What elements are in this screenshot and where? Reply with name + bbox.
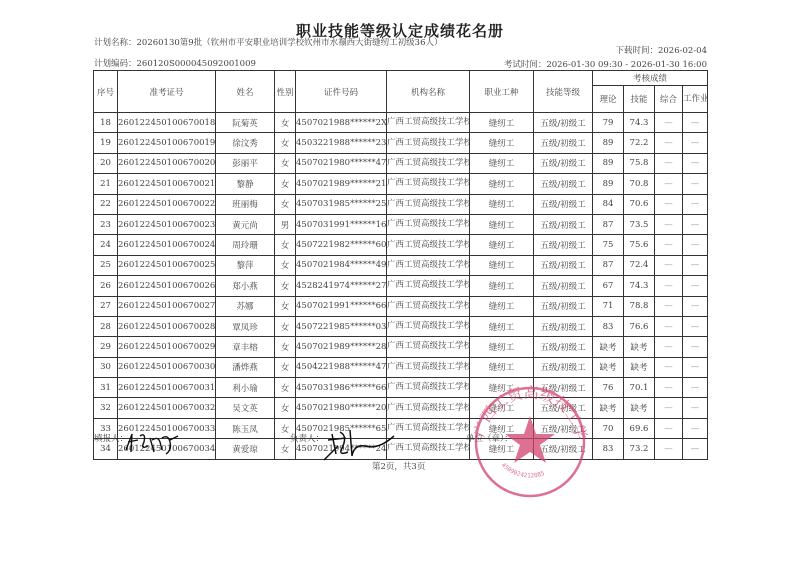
cell-name: 阮菊英 <box>216 113 275 133</box>
table-row: 26260122450100670026郑小燕女4528241974******… <box>94 276 708 296</box>
cell-theory: 76 <box>593 378 624 398</box>
cell-gender: 女 <box>275 194 296 214</box>
cell-seq: 29 <box>94 337 118 357</box>
cell-work: — <box>683 174 708 194</box>
cell-org: 广西工贸高级技工学校 <box>387 194 470 214</box>
cell-skill: 70.6 <box>624 194 655 214</box>
cell-seq: 26 <box>94 276 118 296</box>
table-row: 29260122450100670029章丰榕女4507021989******… <box>94 337 708 357</box>
download-time: 下载时间：2026-02-04 <box>615 46 707 56</box>
filler-signature <box>122 428 182 462</box>
cell-id: 4503221988******23 <box>296 133 387 153</box>
cell-occupation: 缝纫工 <box>470 153 534 173</box>
cell-level: 五级/初级工 <box>534 255 593 275</box>
cell-name: 周玲珊 <box>216 235 275 255</box>
cell-occupation: 缝纫工 <box>470 296 534 316</box>
cell-id: 4528241974******27 <box>296 276 387 296</box>
cell-work: — <box>683 133 708 153</box>
header-theory: 理论 <box>593 86 624 113</box>
cell-id: 4507021984******49 <box>296 255 387 275</box>
cell-skill: 78.8 <box>624 296 655 316</box>
cell-theory: 70 <box>593 418 624 438</box>
cell-theory: 89 <box>593 174 624 194</box>
cell-id: 4507021988******2X <box>296 113 387 133</box>
cell-theory: 79 <box>593 113 624 133</box>
cell-ticket: 260122450100670019 <box>118 133 216 153</box>
cell-level: 五级/初级工 <box>534 174 593 194</box>
cell-ticket: 260122450100670020 <box>118 153 216 173</box>
cell-level: 五级/初级工 <box>534 235 593 255</box>
cell-seq: 23 <box>94 214 118 234</box>
cell-name: 覃凤珍 <box>216 316 275 336</box>
cell-skill: 75.8 <box>624 153 655 173</box>
cell-overall: — <box>655 235 683 255</box>
cell-gender: 女 <box>275 316 296 336</box>
cell-seq: 28 <box>94 316 118 336</box>
cell-theory: 71 <box>593 296 624 316</box>
table-row: 30260122450100670030潘烨燕女4504221988******… <box>94 357 708 377</box>
cell-id: 4507021989******28 <box>296 337 387 357</box>
table-row: 25260122450100670025黎萍女4507021984******4… <box>94 255 708 275</box>
cell-name: 黎萍 <box>216 255 275 275</box>
cell-occupation: 缝纫工 <box>470 133 534 153</box>
cell-skill: 70.8 <box>624 174 655 194</box>
cell-id: 4507031985******25 <box>296 194 387 214</box>
cell-theory: 89 <box>593 153 624 173</box>
cell-name: 黄元尚 <box>216 214 275 234</box>
page-info: 第2页，共3页 <box>372 460 425 472</box>
cell-seq: 19 <box>94 133 118 153</box>
cell-theory: 87 <box>593 214 624 234</box>
cell-overall: — <box>655 357 683 377</box>
cell-ticket: 260122450100670021 <box>118 174 216 194</box>
cell-id: 4507031986******66 <box>296 378 387 398</box>
cell-overall: — <box>655 296 683 316</box>
cell-work: — <box>683 418 708 438</box>
cell-skill: 72.4 <box>624 255 655 275</box>
table-row: 22260122450100670022班丽梅女4507031985******… <box>94 194 708 214</box>
cell-org: 广西工贸高级技工学校 <box>387 153 470 173</box>
cell-level: 五级/初级工 <box>534 276 593 296</box>
cell-work: — <box>683 378 708 398</box>
responsible-label: 负责人： <box>290 432 324 444</box>
table-row: 19260122450100670019徐汶秀女4503221988******… <box>94 133 708 153</box>
cell-work: — <box>683 357 708 377</box>
cell-level: 五级/初级工 <box>534 153 593 173</box>
cell-gender: 女 <box>275 398 296 418</box>
table-row: 18260122450100670018阮菊英女4507021988******… <box>94 113 708 133</box>
cell-skill: 72.2 <box>624 133 655 153</box>
cell-skill: 73.2 <box>624 439 655 459</box>
cell-skill: 缺考 <box>624 337 655 357</box>
cell-id: 4507031991******16 <box>296 214 387 234</box>
cell-overall: — <box>655 113 683 133</box>
cell-occupation: 缝纫工 <box>470 113 534 133</box>
cell-gender: 女 <box>275 337 296 357</box>
table-row: 20260122450100670020彭丽平女4507021980******… <box>94 153 708 173</box>
cell-overall: — <box>655 255 683 275</box>
cell-occupation: 缝纫工 <box>470 194 534 214</box>
cell-overall: — <box>655 276 683 296</box>
header-seq: 序号 <box>94 71 118 113</box>
cell-skill: 75.6 <box>624 235 655 255</box>
header-ticket: 准考证号 <box>118 71 216 113</box>
cell-id: 4507021991******66 <box>296 296 387 316</box>
cell-level: 五级/初级工 <box>534 194 593 214</box>
cell-overall: — <box>655 133 683 153</box>
cell-org: 广西工贸高级技工学校 <box>387 255 470 275</box>
cell-seq: 18 <box>94 113 118 133</box>
cell-seq: 24 <box>94 235 118 255</box>
cell-name: 黎静 <box>216 174 275 194</box>
cell-theory: 67 <box>593 276 624 296</box>
header-scores-group: 考核成绩 <box>593 71 708 86</box>
cell-work: — <box>683 296 708 316</box>
cell-work: — <box>683 153 708 173</box>
cell-ticket: 260122450100670029 <box>118 337 216 357</box>
cell-work: — <box>683 194 708 214</box>
cell-overall: — <box>655 194 683 214</box>
cell-work: — <box>683 276 708 296</box>
cell-seq: 25 <box>94 255 118 275</box>
cell-name: 陈玉凤 <box>216 418 275 438</box>
cell-work: — <box>683 214 708 234</box>
cell-gender: 女 <box>275 296 296 316</box>
cell-occupation: 缝纫工 <box>470 357 534 377</box>
exam-time: 考试时间：2026-01-30 09:30 - 2026-01-30 16:00 <box>504 60 707 70</box>
cell-org: 广西工贸高级技工学校 <box>387 174 470 194</box>
cell-gender: 女 <box>275 235 296 255</box>
cell-theory: 89 <box>593 133 624 153</box>
cell-gender: 女 <box>275 113 296 133</box>
cell-ticket: 260122450100670023 <box>118 214 216 234</box>
cell-id: 4504221988******47 <box>296 357 387 377</box>
cell-ticket: 260122450100670026 <box>118 276 216 296</box>
cell-org: 广西工贸高级技工学校 <box>387 296 470 316</box>
cell-skill: 73.5 <box>624 214 655 234</box>
cell-overall: — <box>655 174 683 194</box>
cell-occupation: 缝纫工 <box>470 174 534 194</box>
cell-skill: 74.3 <box>624 276 655 296</box>
cell-org: 广西工贸高级技工学校 <box>387 398 470 418</box>
cell-theory: 87 <box>593 255 624 275</box>
header-level: 技能等级 <box>534 71 593 113</box>
cell-skill: 70.1 <box>624 378 655 398</box>
cell-name: 章丰榕 <box>216 337 275 357</box>
cell-theory: 75 <box>593 235 624 255</box>
header-org: 机构名称 <box>387 71 470 113</box>
cell-seq: 21 <box>94 174 118 194</box>
table-row: 24260122450100670024周玲珊女4507221982******… <box>94 235 708 255</box>
cell-seq: 20 <box>94 153 118 173</box>
cell-work: — <box>683 235 708 255</box>
cell-occupation: 缝纫工 <box>470 316 534 336</box>
cell-id: 4507021989******21 <box>296 174 387 194</box>
cell-seq: 30 <box>94 357 118 377</box>
cell-theory: 83 <box>593 316 624 336</box>
cell-occupation: 缝纫工 <box>470 337 534 357</box>
cell-theory: 84 <box>593 194 624 214</box>
cell-id: 4507221982******60 <box>296 235 387 255</box>
cell-name: 彭丽平 <box>216 153 275 173</box>
cell-name: 利小瑜 <box>216 378 275 398</box>
cell-work: — <box>683 337 708 357</box>
cell-org: 广西工贸高级技工学校 <box>387 378 470 398</box>
cell-level: 五级/初级工 <box>534 357 593 377</box>
cell-gender: 女 <box>275 357 296 377</box>
cell-work: — <box>683 255 708 275</box>
cell-ticket: 260122450100670022 <box>118 194 216 214</box>
header-id: 证件号码 <box>296 71 387 113</box>
cell-overall: — <box>655 337 683 357</box>
cell-name: 班丽梅 <box>216 194 275 214</box>
cell-org: 广西工贸高级技工学校 <box>387 337 470 357</box>
table-row: 31260122450100670031利小瑜女4507031986******… <box>94 378 708 398</box>
cell-org: 广西工贸高级技工学校 <box>387 235 470 255</box>
cell-gender: 女 <box>275 255 296 275</box>
cell-level: 五级/初级工 <box>534 133 593 153</box>
cell-gender: 女 <box>275 133 296 153</box>
cell-theory: 缺考 <box>593 357 624 377</box>
cell-gender: 女 <box>275 276 296 296</box>
score-roster-table: 序号 准考证号 姓名 性别 证件号码 机构名称 职业工种 技能等级 考核成绩 理… <box>93 70 708 460</box>
cell-skill: 74.3 <box>624 113 655 133</box>
cell-occupation: 缝纫工 <box>470 255 534 275</box>
table-row: 21260122450100670021黎静女4507021989******2… <box>94 174 708 194</box>
cell-occupation: 缝纫工 <box>470 235 534 255</box>
table-row: 28260122450100670028覃凤珍女4507221985******… <box>94 316 708 336</box>
cell-name: 潘烨燕 <box>216 357 275 377</box>
cell-gender: 女 <box>275 174 296 194</box>
cell-ticket: 260122450100670024 <box>118 235 216 255</box>
cell-overall: — <box>655 153 683 173</box>
cell-overall: — <box>655 316 683 336</box>
cell-work: — <box>683 113 708 133</box>
cell-name: 徐汶秀 <box>216 133 275 153</box>
cell-ticket: 260122450100670025 <box>118 255 216 275</box>
cell-org: 广西工贸高级技工学校 <box>387 113 470 133</box>
cell-id: 4507021980******20 <box>296 398 387 418</box>
cell-id: 4507221985******03 <box>296 316 387 336</box>
header-overall: 综合 <box>655 86 683 113</box>
cell-name: 郑小燕 <box>216 276 275 296</box>
cell-overall: — <box>655 418 683 438</box>
cell-id: 4507021980******47 <box>296 153 387 173</box>
cell-org: 广西工贸高级技工学校 <box>387 316 470 336</box>
header-name: 姓名 <box>216 71 275 113</box>
cell-seq: 27 <box>94 296 118 316</box>
cell-theory: 83 <box>593 439 624 459</box>
cell-ticket: 260122450100670030 <box>118 357 216 377</box>
cell-ticket: 260122450100670028 <box>118 316 216 336</box>
cell-ticket: 260122450100670032 <box>118 398 216 418</box>
cell-org: 广西工贸高级技工学校 <box>387 276 470 296</box>
table-row: 27260122450100670027苏娜女4507021991******6… <box>94 296 708 316</box>
cell-overall: — <box>655 378 683 398</box>
cell-gender: 男 <box>275 214 296 234</box>
cell-occupation: 缝纫工 <box>470 214 534 234</box>
header-occupation: 职业工种 <box>470 71 534 113</box>
cell-name: 吴文英 <box>216 398 275 418</box>
cell-level: 五级/初级工 <box>534 296 593 316</box>
cell-skill: 缺考 <box>624 357 655 377</box>
cell-ticket: 260122450100670027 <box>118 296 216 316</box>
cell-ticket: 260122450100670031 <box>118 378 216 398</box>
cell-skill: 69.6 <box>624 418 655 438</box>
cell-skill: 缺考 <box>624 398 655 418</box>
cell-level: 五级/初级工 <box>534 214 593 234</box>
plan-number: 计划编码：260120S000045092001009 <box>94 59 256 69</box>
svg-text:4509024212885: 4509024212885 <box>500 462 546 480</box>
cell-overall: — <box>655 439 683 459</box>
cell-level: 五级/初级工 <box>534 113 593 133</box>
cell-overall: — <box>655 398 683 418</box>
cell-seq: 31 <box>94 378 118 398</box>
cell-work: — <box>683 439 708 459</box>
cell-seq: 32 <box>94 398 118 418</box>
official-seal: 广西工贸高级技工学校 4509024212885 <box>470 382 590 502</box>
plan-name: 计划名称：20260130第9批（钦州市平安职业培训学校钦州市水禤西大街缝纫工初… <box>94 38 444 48</box>
header-gender: 性别 <box>275 71 296 113</box>
cell-theory: 缺考 <box>593 398 624 418</box>
cell-org: 广西工贸高级技工学校 <box>387 133 470 153</box>
cell-work: — <box>683 316 708 336</box>
header-work: 工作业绩 <box>683 86 708 113</box>
cell-org: 广西工贸高级技工学校 <box>387 357 470 377</box>
cell-occupation: 缝纫工 <box>470 276 534 296</box>
cell-overall: — <box>655 214 683 234</box>
table-row: 23260122450100670023黄元尚男4507031991******… <box>94 214 708 234</box>
cell-name: 苏娜 <box>216 296 275 316</box>
cell-skill: 76.6 <box>624 316 655 336</box>
cell-work: — <box>683 398 708 418</box>
cell-level: 五级/初级工 <box>534 316 593 336</box>
cell-name: 黄爱琼 <box>216 439 275 459</box>
cell-ticket: 260122450100670018 <box>118 113 216 133</box>
cell-theory: 缺考 <box>593 337 624 357</box>
cell-seq: 22 <box>94 194 118 214</box>
header-skill: 技能 <box>624 86 655 113</box>
table-row: 32260122450100670032吴文英女4507021980******… <box>94 398 708 418</box>
cell-level: 五级/初级工 <box>534 337 593 357</box>
cell-gender: 女 <box>275 153 296 173</box>
cell-gender: 女 <box>275 378 296 398</box>
cell-org: 广西工贸高级技工学校 <box>387 214 470 234</box>
